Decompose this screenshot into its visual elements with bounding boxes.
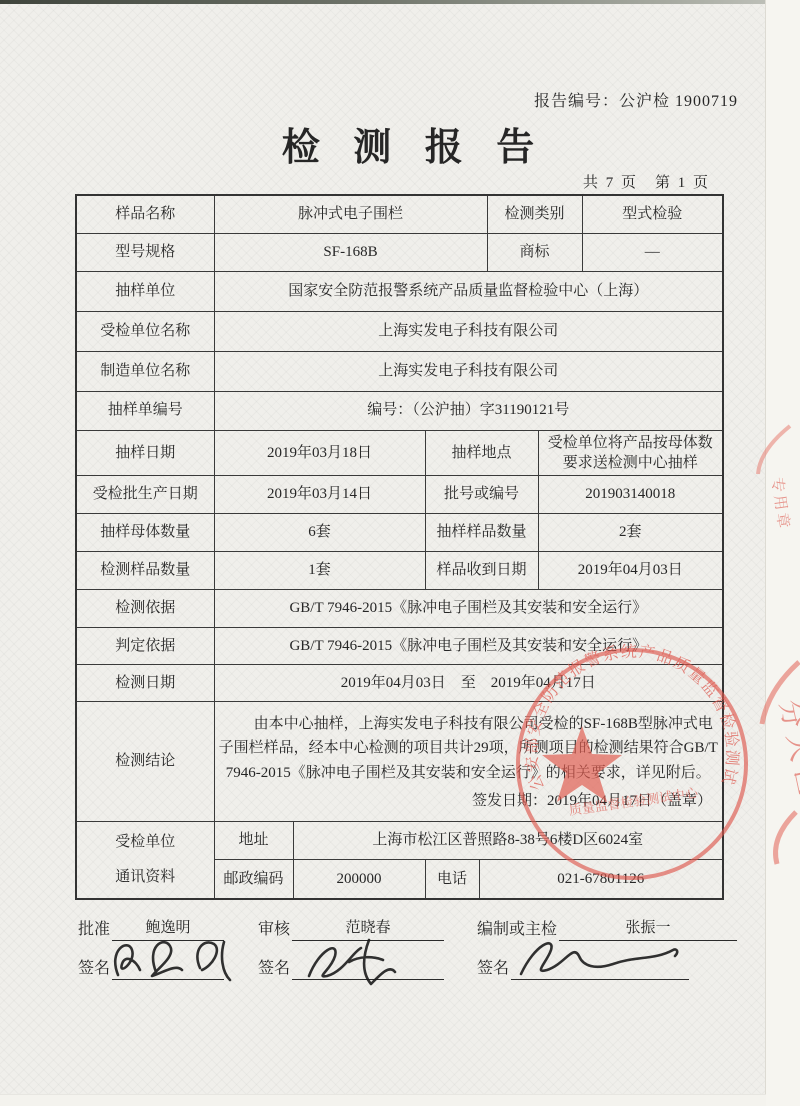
sign-label-1: 签名 xyxy=(78,955,110,980)
label-zip: 邮政编码 xyxy=(214,860,293,899)
review-name: 范晓春 xyxy=(292,916,444,941)
label-manufacturer: 制造单位名称 xyxy=(76,351,214,391)
value-address: 上海市松江区普照路8-38号6楼D区6024室 xyxy=(293,822,723,860)
row-production-date: 受检批生产日期 2019年03月14日 批号或编号 201903140018 xyxy=(76,476,723,514)
sign-group-1: 签名 xyxy=(78,954,224,980)
row-model-spec: 型号规格 SF-168B 商标 — xyxy=(76,233,723,271)
label-test-category: 检测类别 xyxy=(487,195,582,233)
row-test-date: 检测日期 2019年04月03日 至 2019年04月17日 xyxy=(76,665,723,702)
row-tested-qty: 检测样品数量 1套 样品收到日期 2019年04月03日 xyxy=(76,552,723,590)
report-info-table: 样品名称 脉冲式电子围栏 检测类别 型式检验 型号规格 SF-168B 商标 —… xyxy=(75,194,724,900)
row-sampling-date: 抽样日期 2019年03月18日 抽样地点 受检单位将产品按母体数要求送检测中心… xyxy=(76,430,723,476)
value-judgement-basis: GB/T 7946-2015《脉冲电子围栏及其安装和安全运行》 xyxy=(214,628,723,665)
value-received-date: 2019年04月03日 xyxy=(538,552,723,590)
prepare-name: 张振一 xyxy=(559,916,737,941)
row-sampling-unit: 抽样单位 国家安全防范报警系统产品质量监督检验中心（上海） xyxy=(76,271,723,311)
page-indicator: 共 7 页 第 1 页 xyxy=(583,171,710,192)
label-contact-info: 受检单位 通讯资料 xyxy=(76,822,214,899)
label-sample-name: 样品名称 xyxy=(76,195,214,233)
approve-label: 批准 xyxy=(78,916,110,941)
issue-date-line: 签发日期：2019年04月17日（盖章） xyxy=(219,785,719,811)
document-title: 检 测 报 告 xyxy=(0,116,800,171)
value-test-category: 型式检验 xyxy=(582,195,723,233)
value-batch-no: 201903140018 xyxy=(538,476,723,514)
label-inspected-unit: 受检单位名称 xyxy=(76,311,214,351)
label-address: 地址 xyxy=(214,822,293,860)
value-test-date: 2019年04月03日 至 2019年04月17日 xyxy=(214,665,723,702)
row-sample-name: 样品名称 脉冲式电子围栏 检测类别 型式检验 xyxy=(76,195,723,233)
conclusion-text: 由本中心抽样，上海实发电子科技有限公司受检的SF-168B型脉冲式电子围栏样品，… xyxy=(219,712,719,785)
label-judgement-basis: 判定依据 xyxy=(76,628,214,665)
contact-label-line1: 受检单位 xyxy=(81,832,210,852)
paper-bottom-edge xyxy=(0,1094,766,1106)
value-sampling-form-no: 编号：（公沪抽）字31190121号 xyxy=(214,391,723,430)
row-judgement-basis: 判定依据 GB/T 7946-2015《脉冲电子围栏及其安装和安全运行》 xyxy=(76,628,723,665)
review-group: 审核 范晓春 xyxy=(258,916,444,941)
contact-label-line2: 通讯资料 xyxy=(81,867,210,887)
label-conclusion: 检测结论 xyxy=(76,702,214,822)
value-tel: 021-67801126 xyxy=(479,860,723,899)
sign-label-3: 签名 xyxy=(477,955,509,980)
label-sample-qty: 抽样样品数量 xyxy=(425,514,538,552)
value-manufacturer: 上海实发电子科技有限公司 xyxy=(214,351,723,391)
value-zip: 200000 xyxy=(293,860,425,899)
value-sample-qty: 2套 xyxy=(538,514,723,552)
value-sample-name: 脉冲式电子围栏 xyxy=(214,195,487,233)
value-test-basis: GB/T 7946-2015《脉冲电子围栏及其安装和安全运行》 xyxy=(214,590,723,628)
value-inspected-unit: 上海实发电子科技有限公司 xyxy=(214,311,723,351)
label-test-date: 检测日期 xyxy=(76,665,214,702)
value-model-spec: SF-168B xyxy=(214,233,487,271)
value-conclusion-cell: 由本中心抽样，上海实发电子科技有限公司受检的SF-168B型脉冲式电子围栏样品，… xyxy=(214,702,723,822)
scanned-report-page: 报告编号：公沪检 1900719 检 测 报 告 共 7 页 第 1 页 样品名… xyxy=(0,0,800,1106)
scan-top-edge xyxy=(0,0,800,4)
sign-line-1 xyxy=(112,954,224,980)
sign-label-2: 签名 xyxy=(258,955,290,980)
approve-group: 批准 鲍逸明 xyxy=(78,916,224,941)
value-trademark: — xyxy=(582,233,723,271)
report-number: 报告编号：公沪检 1900719 xyxy=(534,88,738,111)
label-batch-no: 批号或编号 xyxy=(425,476,538,514)
label-sampling-unit: 抽样单位 xyxy=(76,271,214,311)
label-sampling-place: 抽样地点 xyxy=(425,430,538,476)
label-tested-qty: 检测样品数量 xyxy=(76,552,214,590)
value-population-qty: 6套 xyxy=(214,514,425,552)
label-test-basis: 检测依据 xyxy=(76,590,214,628)
label-sampling-date: 抽样日期 xyxy=(76,430,214,476)
prepare-label: 编制或主检 xyxy=(477,916,557,941)
prepare-group: 编制或主检 张振一 xyxy=(477,916,737,941)
row-conclusion: 检测结论 由本中心抽样，上海实发电子科技有限公司受检的SF-168B型脉冲式电子… xyxy=(76,702,723,822)
row-population-qty: 抽样母体数量 6套 抽样样品数量 2套 xyxy=(76,514,723,552)
value-sampling-unit: 国家安全防范报警系统产品质量监督检验中心（上海） xyxy=(214,271,723,311)
label-trademark: 商标 xyxy=(487,233,582,271)
label-received-date: 样品收到日期 xyxy=(425,552,538,590)
row-manufacturer: 制造单位名称 上海实发电子科技有限公司 xyxy=(76,351,723,391)
sign-line-3 xyxy=(511,954,689,980)
row-test-basis: 检测依据 GB/T 7946-2015《脉冲电子围栏及其安装和安全运行》 xyxy=(76,590,723,628)
approve-name: 鲍逸明 xyxy=(112,916,224,941)
value-sampling-date: 2019年03月18日 xyxy=(214,430,425,476)
sign-group-3: 签名 xyxy=(477,954,689,980)
row-sampling-form-no: 抽样单编号 编号：（公沪抽）字31190121号 xyxy=(76,391,723,430)
label-production-date: 受检批生产日期 xyxy=(76,476,214,514)
label-sampling-form-no: 抽样单编号 xyxy=(76,391,214,430)
value-tested-qty: 1套 xyxy=(214,552,425,590)
row-address: 受检单位 通讯资料 地址 上海市松江区普照路8-38号6楼D区6024室 xyxy=(76,822,723,860)
row-inspected-unit: 受检单位名称 上海实发电子科技有限公司 xyxy=(76,311,723,351)
review-label: 审核 xyxy=(258,916,290,941)
label-model-spec: 型号规格 xyxy=(76,233,214,271)
value-production-date: 2019年03月14日 xyxy=(214,476,425,514)
label-tel: 电话 xyxy=(425,860,479,899)
sign-group-2: 签名 xyxy=(258,954,444,980)
label-population-qty: 抽样母体数量 xyxy=(76,514,214,552)
sign-line-2 xyxy=(292,954,444,980)
value-sampling-place: 受检单位将产品按母体数要求送检测中心抽样 xyxy=(538,430,723,476)
